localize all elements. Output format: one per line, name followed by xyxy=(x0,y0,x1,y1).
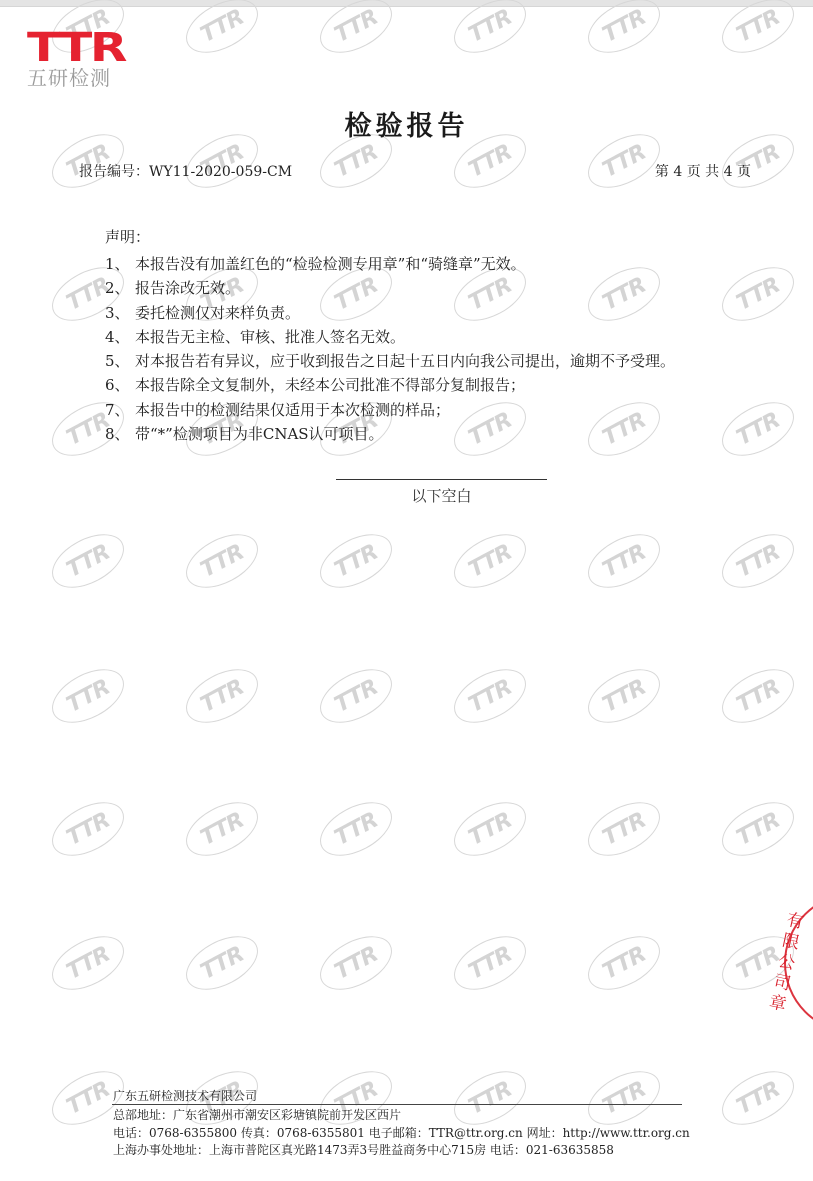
item-number: 5、 xyxy=(105,349,135,373)
item-text: 带“*”检测项目为非CNAS认可项目。 xyxy=(135,425,384,443)
item-text: 对本报告若有异议，应于收到报告之日起十五日内向我公司提出，逾期不予受理。 xyxy=(135,352,675,370)
item-number: 2、 xyxy=(105,276,135,300)
item-number: 1、 xyxy=(105,252,135,276)
item-text: 报告涂改无效。 xyxy=(135,279,240,297)
declaration-item: 6、本报告除全文复制外，未经本公司批准不得部分复制报告； xyxy=(105,373,675,397)
report-page: TTR 五研检测 检验报告 报告编号：WY11-2020-059-CM 第 4 … xyxy=(0,0,813,1181)
item-number: 7、 xyxy=(105,398,135,422)
item-text: 本报告除全文复制外，未经本公司批准不得部分复制报告； xyxy=(135,376,525,394)
item-number: 6、 xyxy=(105,373,135,397)
declaration-list: 1、本报告没有加盖红色的“检验检测专用章”和“骑缝章”无效。 2、报告涂改无效。… xyxy=(105,252,675,446)
item-number: 4、 xyxy=(105,325,135,349)
item-text: 委托检测仅对来样负责。 xyxy=(135,304,300,322)
footer-company-name: 广东五研检测技术有限公司 xyxy=(113,1087,257,1104)
declaration-item: 8、带“*”检测项目为非CNAS认可项目。 xyxy=(105,422,675,446)
declaration-item: 1、本报告没有加盖红色的“检验检测专用章”和“骑缝章”无效。 xyxy=(105,252,675,276)
item-text: 本报告中的检测结果仅适用于本次检测的样品； xyxy=(135,401,450,419)
declaration-item: 7、本报告中的检测结果仅适用于本次检测的样品； xyxy=(105,398,675,422)
declaration-heading: 声明： xyxy=(105,226,150,247)
item-number: 8、 xyxy=(105,422,135,446)
declaration-item: 5、对本报告若有异议，应于收到报告之日起十五日内向我公司提出，逾期不予受理。 xyxy=(105,349,675,373)
declaration-item: 2、报告涂改无效。 xyxy=(105,276,675,300)
footer-contact: 总部地址：广东省潮州市潮安区彩塘镇院前开发区西片 电话：0768-6355800… xyxy=(113,1107,690,1160)
footer-divider xyxy=(112,1104,682,1105)
item-number: 3、 xyxy=(105,301,135,325)
item-text: 本报告无主检、审核、批准人签名无效。 xyxy=(135,328,405,346)
logo-mark: TTR xyxy=(27,32,154,64)
end-divider xyxy=(336,479,547,480)
declaration-item: 3、委托检测仅对来样负责。 xyxy=(105,301,675,325)
footer-hq-address: 总部地址：广东省潮州市潮安区彩塘镇院前开发区西片 xyxy=(113,1107,690,1125)
footer-shanghai-office: 上海办事处地址：上海市普陀区真光路1473弄3号胜益商务中心715房 电话：02… xyxy=(113,1142,690,1160)
page-indicator: 第 4 页 共 4 页 xyxy=(655,161,751,181)
blank-below-marker: 以下空白 xyxy=(336,485,547,506)
report-number: 报告编号：WY11-2020-059-CM xyxy=(79,161,292,181)
seal-char: 章 xyxy=(767,992,795,1018)
document-title: 检验报告 xyxy=(0,104,813,143)
item-text: 本报告没有加盖红色的“检验检测专用章”和“骑缝章”无效。 xyxy=(135,255,526,273)
footer-contact-info: 电话：0768-6355800 传真：0768-6355801 电子邮箱：TTR… xyxy=(113,1125,690,1143)
company-logo: TTR 五研检测 xyxy=(27,32,131,90)
declaration-item: 4、本报告无主检、审核、批准人签名无效。 xyxy=(105,325,675,349)
